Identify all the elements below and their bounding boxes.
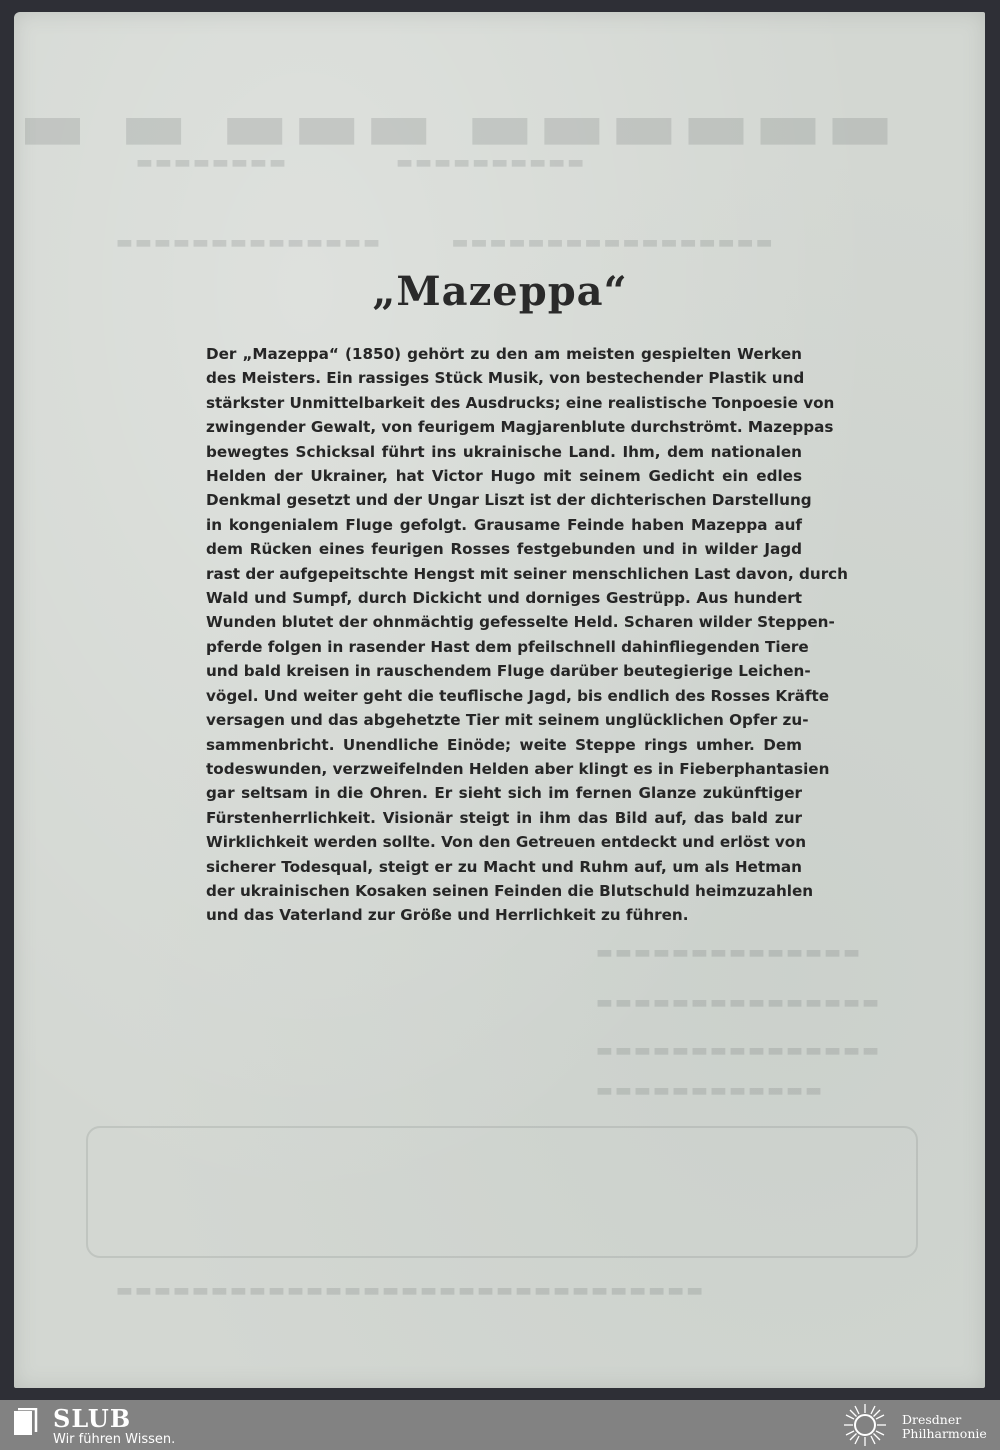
logo-line-1: Dresdner [902, 1412, 961, 1427]
document-body: Der „Mazeppa“ (1850) gehört zu den am me… [206, 342, 802, 928]
bleed-through-line: ▬▬▬▬▬▬▬▬▬▬ ▬▬▬▬▬▬▬▬ [134, 152, 584, 173]
bleed-through-line: ▬▬▬▬▬▬▬▬▬▬▬▬▬▬▬▬▬ ▬▬▬▬▬▬▬▬▬▬▬▬▬▬ [114, 232, 773, 253]
body-line: des Meisters. Ein rassiges Stück Musik, … [206, 366, 802, 390]
body-line: sammenbricht. Unendliche Einöde; weite S… [206, 733, 802, 757]
slub-logo-text[interactable]: SLUB [53, 1404, 131, 1433]
bleed-through-box [86, 1126, 918, 1258]
body-line: rast der aufgepeitschte Hengst mit seine… [206, 562, 802, 586]
bleed-through-line: ▬▬▬▬▬▬▬▬▬▬▬▬▬▬▬ [594, 992, 879, 1013]
body-line: der ukrainischen Kosaken seinen Feinden … [206, 879, 802, 903]
body-line: todeswunden, verzweifelnden Helden aber … [206, 757, 802, 781]
body-line: gar seltsam in die Ohren. Er sieht sich … [206, 781, 802, 805]
body-line: in kongenialem Fluge gefolgt. Grausame F… [206, 513, 802, 537]
body-line: versagen und das abgehetzte Tier mit sei… [206, 708, 802, 732]
body-line: Wunden blutet der ohnmächtig gefesselte … [206, 610, 802, 634]
bleed-through-line: ▬▬▬▬▬▬▬▬▬▬▬▬▬▬▬ [594, 1040, 879, 1061]
document-title: „Mazeppa“ [0, 268, 1000, 315]
body-line: Fürstenherrlichkeit. Visionär steigt in … [206, 806, 802, 830]
body-line: vögel. Und weiter geht die teuflische Ja… [206, 684, 802, 708]
body-line: stärkster Unmittelbarkeit des Ausdrucks;… [206, 391, 802, 415]
body-line: bewegtes Schicksal führt ins ukrainische… [206, 440, 802, 464]
body-line: Wirklichkeit werden sollte. Von den Getr… [206, 830, 802, 854]
slub-book-icon[interactable] [14, 1408, 38, 1436]
body-line: pferde folgen in rasender Hast dem pfeil… [206, 635, 802, 659]
body-line: dem Rücken eines feurigen Rosses festgeb… [206, 537, 802, 561]
body-line: zwingender Gewalt, von feurigem Magjaren… [206, 415, 802, 439]
body-line: sicherer Todesqual, steigt er zu Macht u… [206, 855, 802, 879]
dresdner-philharmonie-sun-icon[interactable] [842, 1402, 888, 1448]
slub-tagline: Wir führen Wissen. [53, 1432, 175, 1447]
body-line: Denkmal gesetzt und der Ungar Liszt ist … [206, 488, 802, 512]
body-line: und bald kreisen in rauschendem Fluge da… [206, 659, 802, 683]
bleed-through-line: ▬▬▬▬▬▬▬▬▬▬▬▬ [594, 1080, 822, 1101]
body-line: und das Vaterland zur Größe und Herrlich… [206, 903, 802, 927]
body-line: Wald und Sumpf, durch Dickicht und dorni… [206, 586, 802, 610]
bleed-through-line: ▬▬▬▬▬▬▬▬▬▬▬▬▬▬ [594, 942, 860, 963]
bleed-through-line: ▬▬▬▬▬▬▬▬▬▬▬▬▬▬▬▬▬▬▬▬▬▬▬▬▬▬▬▬▬▬▬ [114, 1280, 703, 1301]
body-line: Helden der Ukrainer, hat Victor Hugo mit… [206, 464, 802, 488]
dresdner-philharmonie-logo-text[interactable]: Dresdner Philharmonie [902, 1413, 987, 1441]
logo-line-2: Philharmonie [902, 1426, 987, 1441]
body-line: Der „Mazeppa“ (1850) gehört zu den am me… [206, 342, 802, 366]
footer-bar: SLUB Wir führen Wissen. Dresdner Philhar… [0, 1400, 1000, 1450]
